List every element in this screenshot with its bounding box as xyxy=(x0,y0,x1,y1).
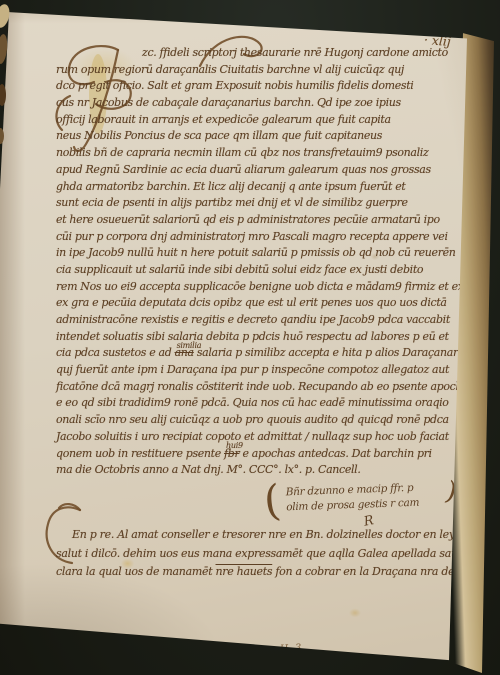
text-line: intendet soluatis sibi salaria debita p … xyxy=(56,329,462,346)
quire-signature: H 3 xyxy=(280,642,304,654)
text-line: zc. ffideli scriptorj thesaurarie nrē Hu… xyxy=(56,45,462,62)
text-line: cia pdca sustetos e ad anasimilia salari… xyxy=(56,345,462,362)
text-line: ma die Octobris anno a Nat dnj. M°. CCC°… xyxy=(56,462,462,479)
chancery-note: ( ) Bñr dzunno e macip ffr. p olim de pr… xyxy=(266,483,419,513)
text-line: officij laborauit in arranjs et expedicō… xyxy=(56,112,462,129)
text-line: dco pregit oficio. Salt et gram Exposuit… xyxy=(56,78,462,95)
text-line: qonem uob in restituere psente fbrhui9 e… xyxy=(56,446,462,463)
text-line: clara la qual uos de manamēt nre hauets … xyxy=(56,563,466,582)
text-line: Jacobo soluitis i uro recipiat copoto et… xyxy=(56,429,462,446)
text-line: salut i dilcō. dehim uos eus mana expres… xyxy=(56,545,466,564)
text-line: rem Nos uo ei9 accepta supplicacōe benig… xyxy=(56,279,462,296)
text-line: neus Nobilis Poncius de sca pace qm illa… xyxy=(56,128,462,145)
text-line: administracōne rexistis e regitis e decr… xyxy=(56,312,462,329)
note-line-2: olim de prosa gestis r cam xyxy=(286,496,419,516)
manuscript-page: · xlij zc. ffideli scriptorj thesaurarie… xyxy=(0,0,500,675)
text-line: et here osueuerūt salariorū qd eis p adm… xyxy=(56,212,462,229)
text-line: in ipe Jacob9 nullū huit n here potuit s… xyxy=(56,245,462,262)
text-line: rum opum regiorū daraçanalis Ciuitatis b… xyxy=(56,62,462,79)
text-line: sunt ecia de psenti in alijs partibz mei… xyxy=(56,195,462,212)
text-line: cūi pur p corpora dnj administratorj mro… xyxy=(56,229,462,246)
text-line: ghda armatoribz barchin. Et licz alij de… xyxy=(56,179,462,196)
note-open-paren: ( xyxy=(261,475,282,525)
text-line: onali scīo nro seu alij cuicūqz a uob pr… xyxy=(56,412,462,429)
text-line: ficatōne dcā magrj ronalis cōstiterit in… xyxy=(56,379,462,396)
text-line: apud Regnū Sardinie ac ecia duarū aliaru… xyxy=(56,162,462,179)
text-line: cia supplicauit ut salariū inde sibi deb… xyxy=(56,262,462,279)
text-line: quj fuerūt ante ipm i Daraçana ipa pur p… xyxy=(56,362,462,379)
text-line: En p re. Al amat conseller e tresorer nr… xyxy=(56,526,466,545)
manuscript-photo: · xlij zc. ffideli scriptorj thesaurarie… xyxy=(0,0,500,675)
main-paragraph: zc. ffideli scriptorj thesaurarie nrē Hu… xyxy=(56,45,462,479)
text-line: ex gra e pecūia deputata dcis opibz que … xyxy=(56,295,462,312)
second-paragraph: En p re. Al amat conseller e tresorer nr… xyxy=(56,526,466,582)
text-line: cus nr Jacobus de cabaçale daraçanarius … xyxy=(56,95,462,112)
text-line: nobilis bñ de capraria necmin illam cū q… xyxy=(56,145,462,162)
text-line: e eo qd sibi tradidim9 ronē pdcā. Quia n… xyxy=(56,395,462,412)
